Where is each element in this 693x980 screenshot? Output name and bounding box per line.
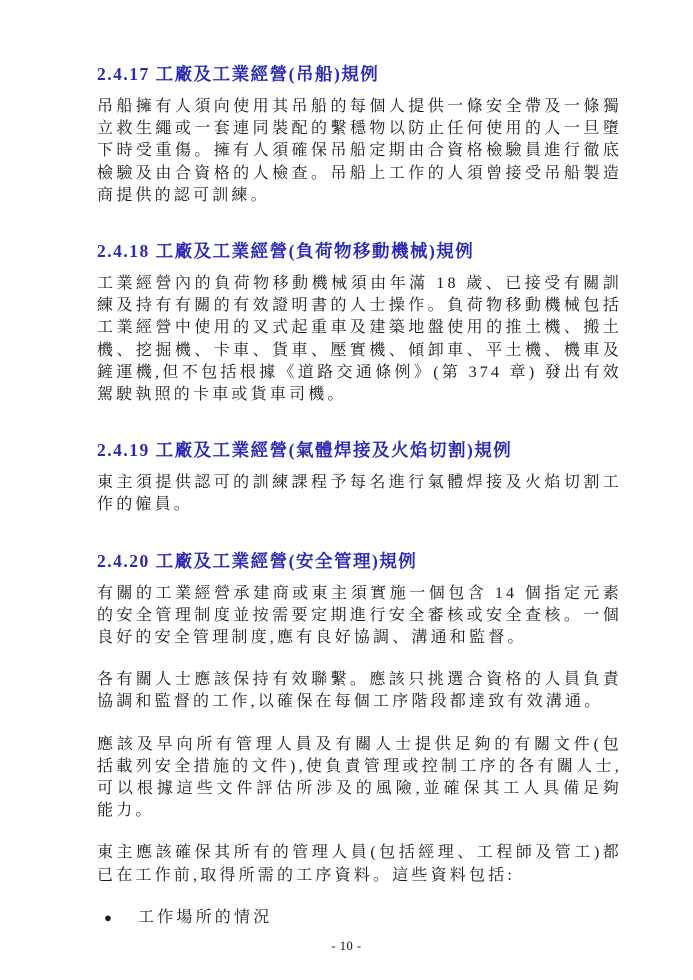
list-item-text: 工作場所的情況	[138, 907, 272, 929]
section-2-4-19: 2.4.19 工廠及工業經營(氣體焊接及火焰切割)規例 東主須提供認可的訓練課程…	[97, 438, 622, 516]
paragraph: 有關的工業經營承建商或東主須實施一個包含 14 個指定元素的安全管理制度並按需要…	[97, 583, 622, 650]
paragraph: 各有關人士應該保持有效聯繫。應該只挑選合資格的人員負責協調和監督的工作,以確保在…	[97, 669, 622, 713]
document-page: 2.4.17 工廠及工業經營(吊船)規例 吊船擁有人須向使用其吊船的每個人提供一…	[0, 0, 693, 980]
paragraph: 東主須提供認可的訓練課程予每名進行氣體焊接及火焰切割工作的僱員。	[97, 472, 622, 516]
page-number: - 10 -	[0, 939, 693, 954]
section-heading-2-4-20: 2.4.20 工廠及工業經營(安全管理)規例	[97, 549, 622, 573]
section-2-4-18: 2.4.18 工廠及工業經營(負荷物移動機械)規例 工業經營內的負荷物移動機械須…	[97, 239, 622, 406]
paragraph: 東主應該確保其所有的管理人員(包括經理、工程師及管工)都已在工作前,取得所需的工…	[97, 842, 622, 886]
section-2-4-20: 2.4.20 工廠及工業經營(安全管理)規例 有關的工業經營承建商或東主須實施一…	[97, 549, 622, 929]
list-item: ● 工作場所的情況	[97, 907, 622, 929]
section-heading-2-4-18: 2.4.18 工廠及工業經營(負荷物移動機械)規例	[97, 239, 622, 263]
paragraph: 應該及早向所有管理人員及有關人士提供足夠的有關文件(包括載列安全措施的文件),使…	[97, 734, 622, 823]
section-heading-2-4-17: 2.4.17 工廠及工業經營(吊船)規例	[97, 62, 622, 86]
section-2-4-17: 2.4.17 工廠及工業經營(吊船)規例 吊船擁有人須向使用其吊船的每個人提供一…	[97, 62, 622, 207]
section-heading-2-4-19: 2.4.19 工廠及工業經營(氣體焊接及火焰切割)規例	[97, 438, 622, 462]
paragraph: 工業經營內的負荷物移動機械須由年滿 18 歲、已接受有關訓練及持有有關的有效證明…	[97, 273, 622, 406]
paragraph: 吊船擁有人須向使用其吊船的每個人提供一條安全帶及一條獨立救生繩或一套連同裝配的繫…	[97, 96, 622, 207]
bullet-icon: ●	[97, 907, 138, 929]
